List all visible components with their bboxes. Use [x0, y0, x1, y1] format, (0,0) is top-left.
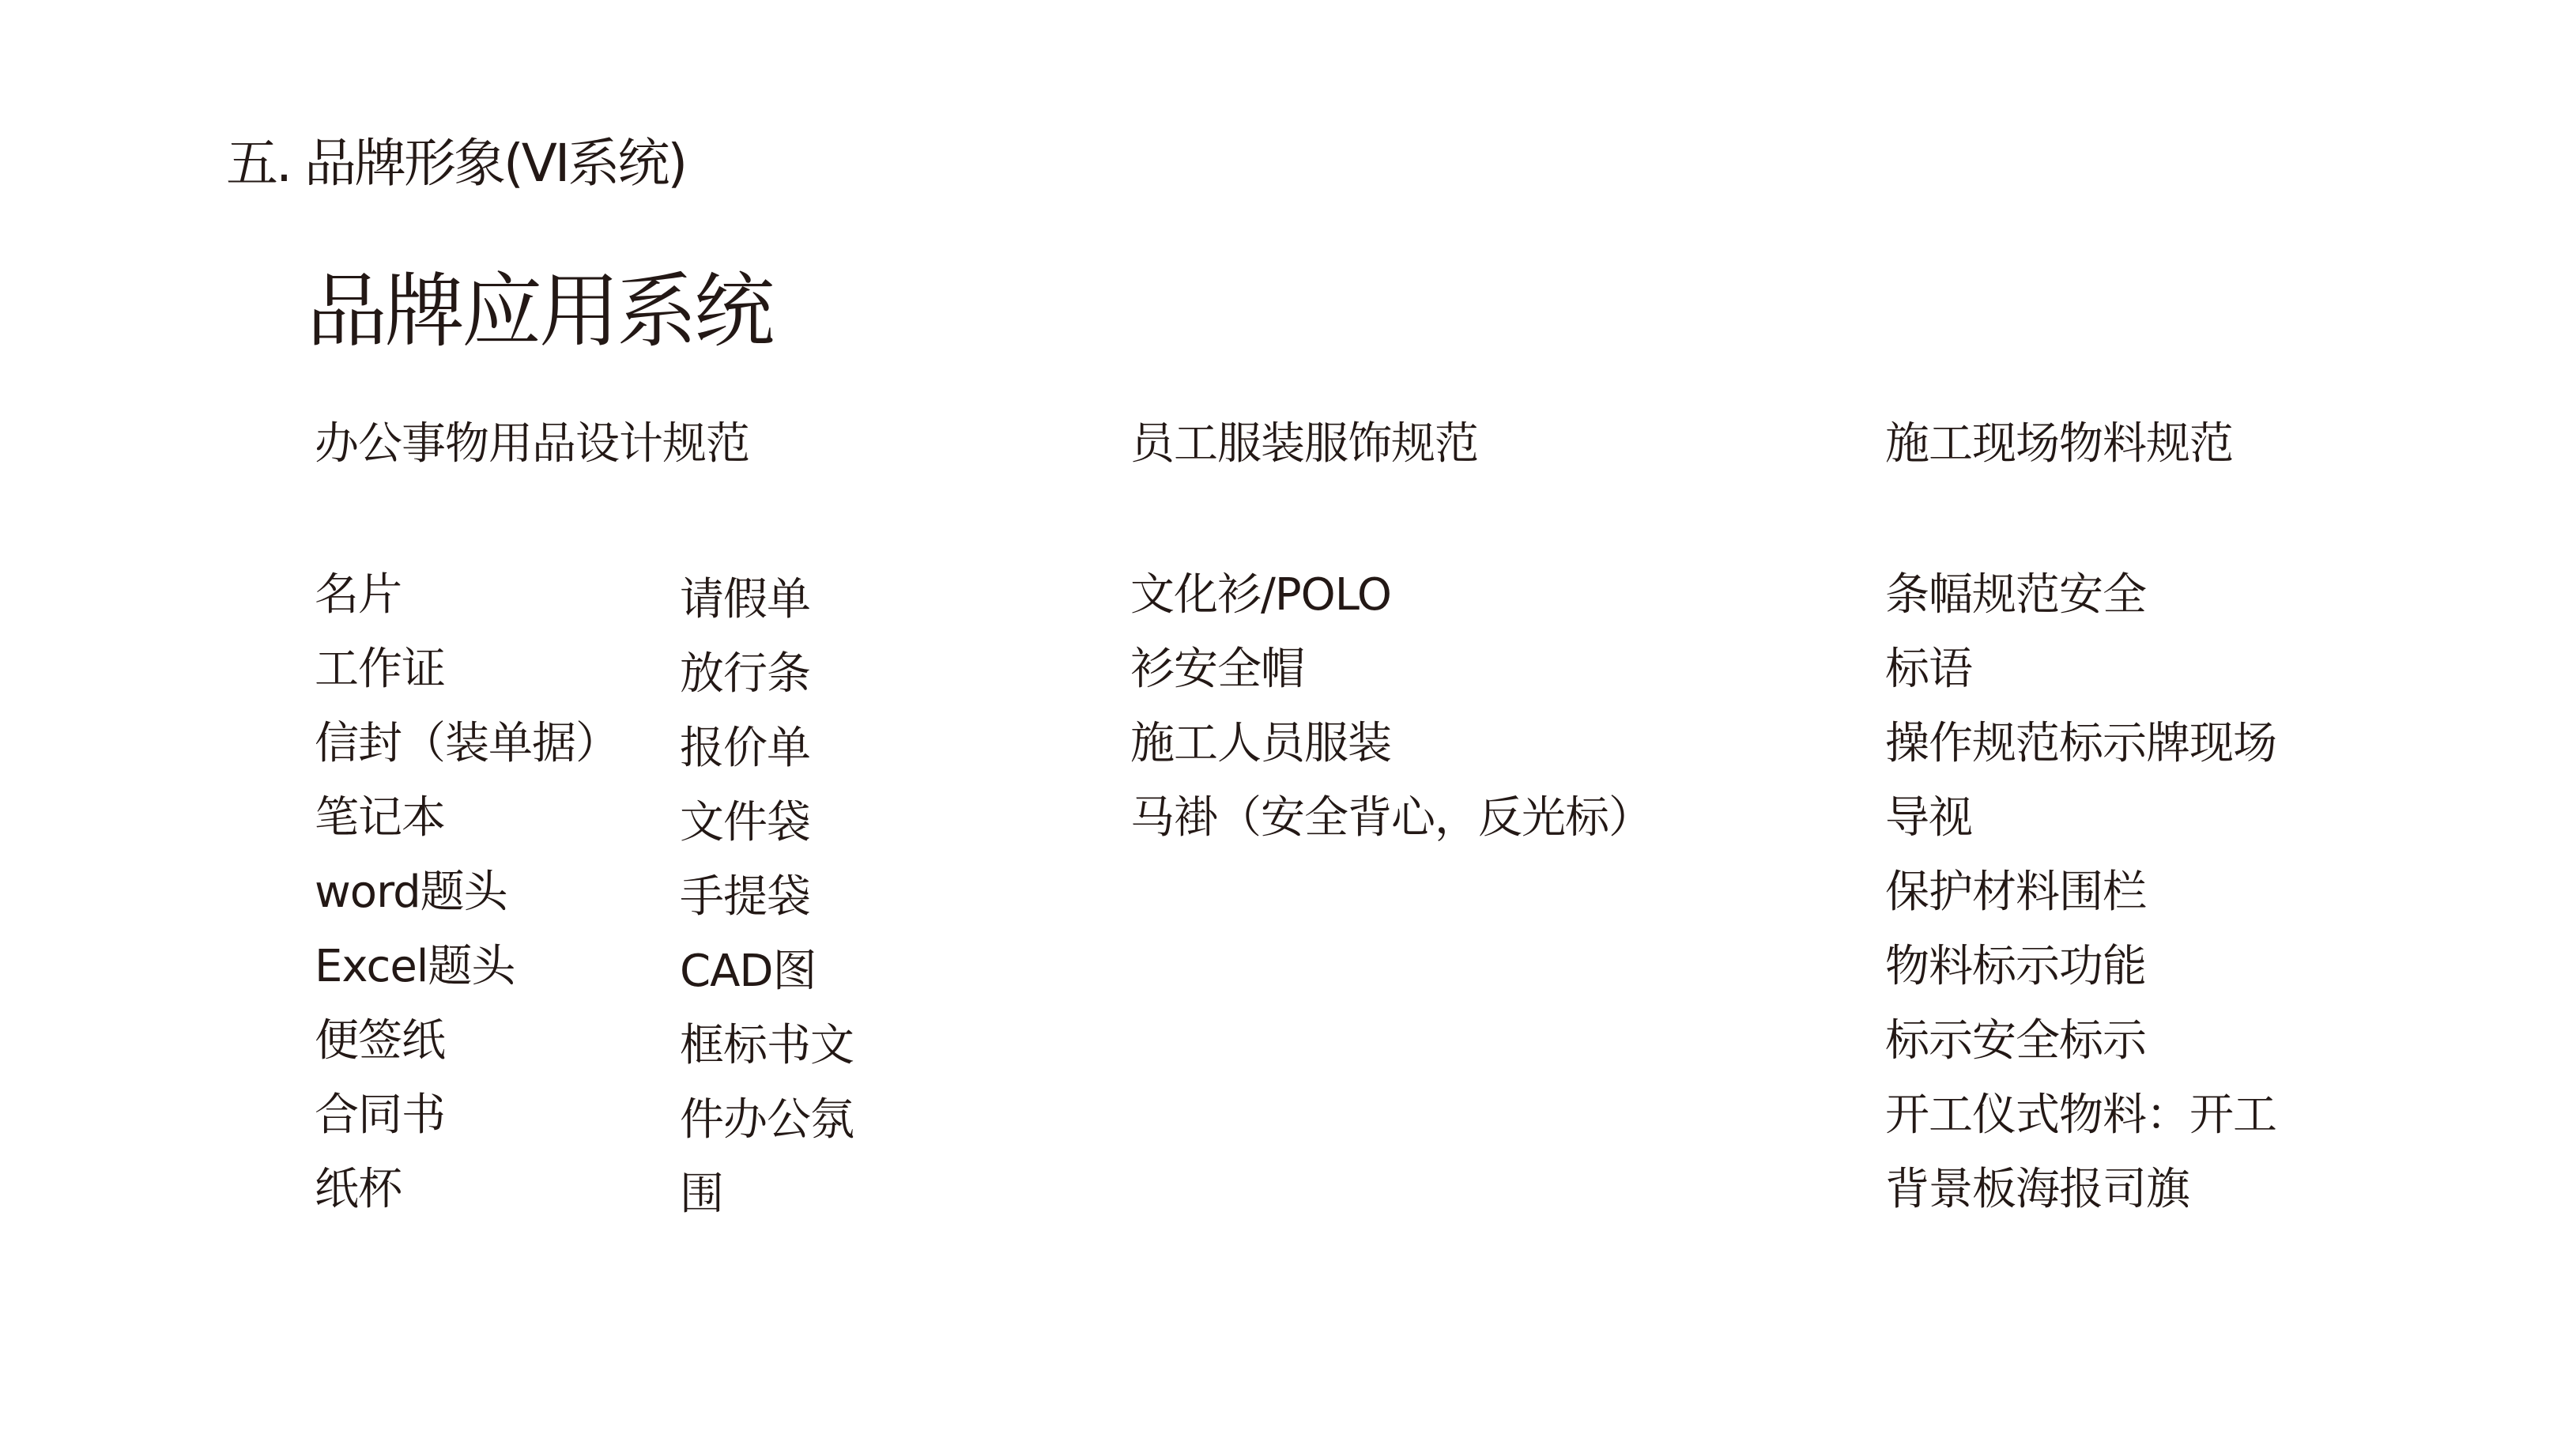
office-supplies-list-a: 名片 工作证 信封（装单据） 笔记本 word题头 Excel题头 便签纸 合同… — [315, 558, 619, 1227]
list-item: 放行条 — [680, 637, 854, 712]
list-item: 保护材料围栏 — [1885, 855, 2276, 930]
list-item: 围 — [680, 1157, 854, 1232]
list-item: 背景板海报司旗 — [1885, 1153, 2276, 1227]
column-header-office-supplies: 办公事物用品设计规范 — [315, 413, 749, 476]
staff-uniforms-list: 文化衫/POLO 衫安全帽 施工人员服装 马褂（安全背心，反光标） — [1130, 558, 1652, 855]
list-item: 开工仪式物料：开工 — [1885, 1078, 2276, 1153]
list-item: 文化衫/POLO — [1130, 558, 1652, 632]
column-header-staff-uniforms: 员工服装服饰规范 — [1130, 413, 1478, 476]
list-item: 信封（装单据） — [315, 707, 619, 781]
column-header-site-materials: 施工现场物料规范 — [1885, 413, 2233, 476]
list-item: word题头 — [315, 855, 619, 930]
list-item: 导视 — [1885, 781, 2276, 855]
list-item: 条幅规范安全 — [1885, 558, 2276, 632]
list-item: 纸杯 — [315, 1153, 619, 1227]
list-item: 操作规范标示牌现场 — [1885, 707, 2276, 781]
list-item: 笔记本 — [315, 781, 619, 855]
list-item: 合同书 — [315, 1078, 619, 1153]
list-item: 标示安全标示 — [1885, 1004, 2276, 1078]
page-title: 品牌应用系统 — [307, 261, 771, 364]
list-item: 手提袋 — [680, 860, 854, 935]
list-item: 件办公氛 — [680, 1083, 854, 1157]
list-item: 名片 — [315, 558, 619, 632]
office-supplies-list-b: 请假单 放行条 报价单 文件袋 手提袋 CAD图 框标书文 件办公氛 围 — [680, 563, 854, 1232]
list-item: 框标书文 — [680, 1009, 854, 1083]
list-item: CAD图 — [680, 935, 854, 1009]
site-materials-list: 条幅规范安全 标语 操作规范标示牌现场 导视 保护材料围栏 物料标示功能 标示安… — [1885, 558, 2276, 1227]
list-item: 马褂（安全背心，反光标） — [1130, 781, 1652, 855]
list-item: 工作证 — [315, 632, 619, 707]
list-item: 物料标示功能 — [1885, 930, 2276, 1004]
list-item: 文件袋 — [680, 786, 854, 860]
list-item: 施工人员服装 — [1130, 707, 1652, 781]
list-item: 便签纸 — [315, 1004, 619, 1078]
list-item: 请假单 — [680, 563, 854, 637]
list-item: Excel题头 — [315, 930, 619, 1004]
list-item: 报价单 — [680, 712, 854, 786]
list-item: 衫安全帽 — [1130, 632, 1652, 707]
section-title: 五. 品牌形象(VI系统) — [226, 128, 685, 199]
list-item: 标语 — [1885, 632, 2276, 707]
